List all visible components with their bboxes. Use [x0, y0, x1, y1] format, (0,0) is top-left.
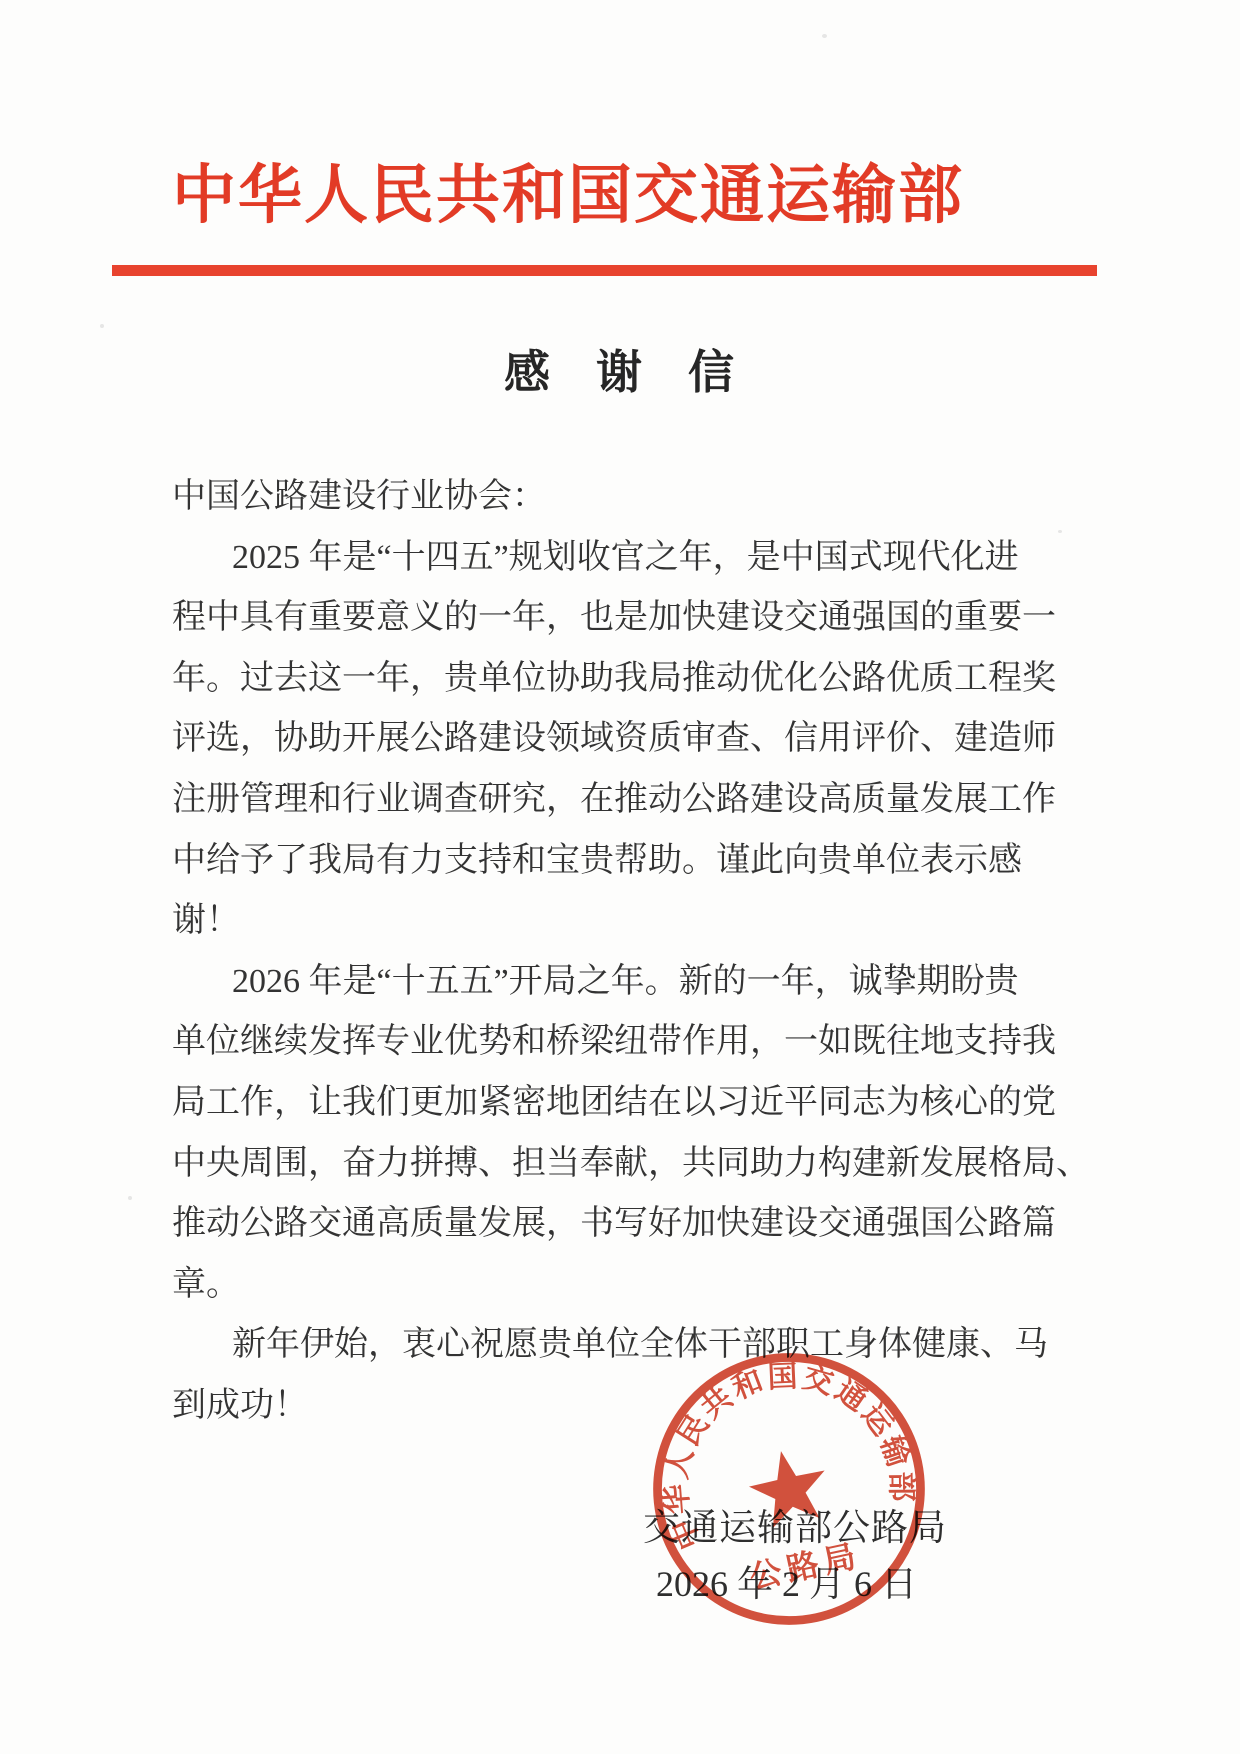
letter-body: 中国公路建设行业协会： 2025 年是“十四五”规划收官之年，是中国式现代化进 … — [172, 467, 1092, 1437]
letterhead-title: 中华人民共和国交通运输部 — [172, 144, 972, 236]
scan-speck — [100, 324, 104, 328]
body-line: 年。过去这一年，贵单位协助我局推动优化公路优质工程奖 — [172, 649, 1092, 710]
scan-speck — [128, 1196, 132, 1200]
body-line: 局工作，让我们更加紧密地团结在以习近平同志为核心的党 — [172, 1073, 1092, 1134]
body-line: 章。 — [172, 1255, 1092, 1316]
body-line: 注册管理和行业调查研究，在推动公路建设高质量发展工作 — [172, 770, 1092, 831]
document-page: 中华人民共和国交通运输部 感 谢 信 中国公路建设行业协会： 2025 年是“十… — [0, 0, 1240, 1754]
scan-speck — [822, 34, 827, 38]
letter-title: 感 谢 信 — [504, 336, 734, 402]
body-line: 程中具有重要意义的一年，也是加快建设交通强国的重要一 — [172, 588, 1092, 649]
body-line: 到成功！ — [172, 1376, 1092, 1437]
body-line: 2025 年是“十四五”规划收官之年，是中国式现代化进 — [172, 528, 1092, 589]
body-line: 推动公路交通高质量发展，书写好加快建设交通强国公路篇 — [172, 1194, 1092, 1255]
scan-speck — [1058, 530, 1062, 533]
body-line: 评选，协助开展公路建设领域资质审查、信用评价、建造师 — [172, 709, 1092, 770]
body-line: 中给予了我局有力支持和宝贵帮助。谨此向贵单位表示感 — [172, 831, 1092, 892]
body-line: 单位继续发挥专业优势和桥梁纽带作用，一如既往地支持我 — [172, 1012, 1092, 1073]
body-line: 2026 年是“十五五”开局之年。新的一年，诚挚期盼贵 — [172, 952, 1092, 1013]
body-line: 谢！ — [172, 891, 1092, 952]
salutation: 中国公路建设行业协会： — [172, 467, 1092, 528]
signature: 交通运输部公路局 — [643, 1497, 947, 1551]
body-line: 新年伊始，衷心祝愿贵单位全体干部职工身体健康、马 — [172, 1315, 1092, 1376]
date: 2026 年 2 月 6 日 — [656, 1556, 917, 1607]
letterhead-rule — [112, 265, 1097, 276]
body-line: 中央周围，奋力拼搏、担当奉献，共同助力构建新发展格局、 — [172, 1134, 1092, 1195]
